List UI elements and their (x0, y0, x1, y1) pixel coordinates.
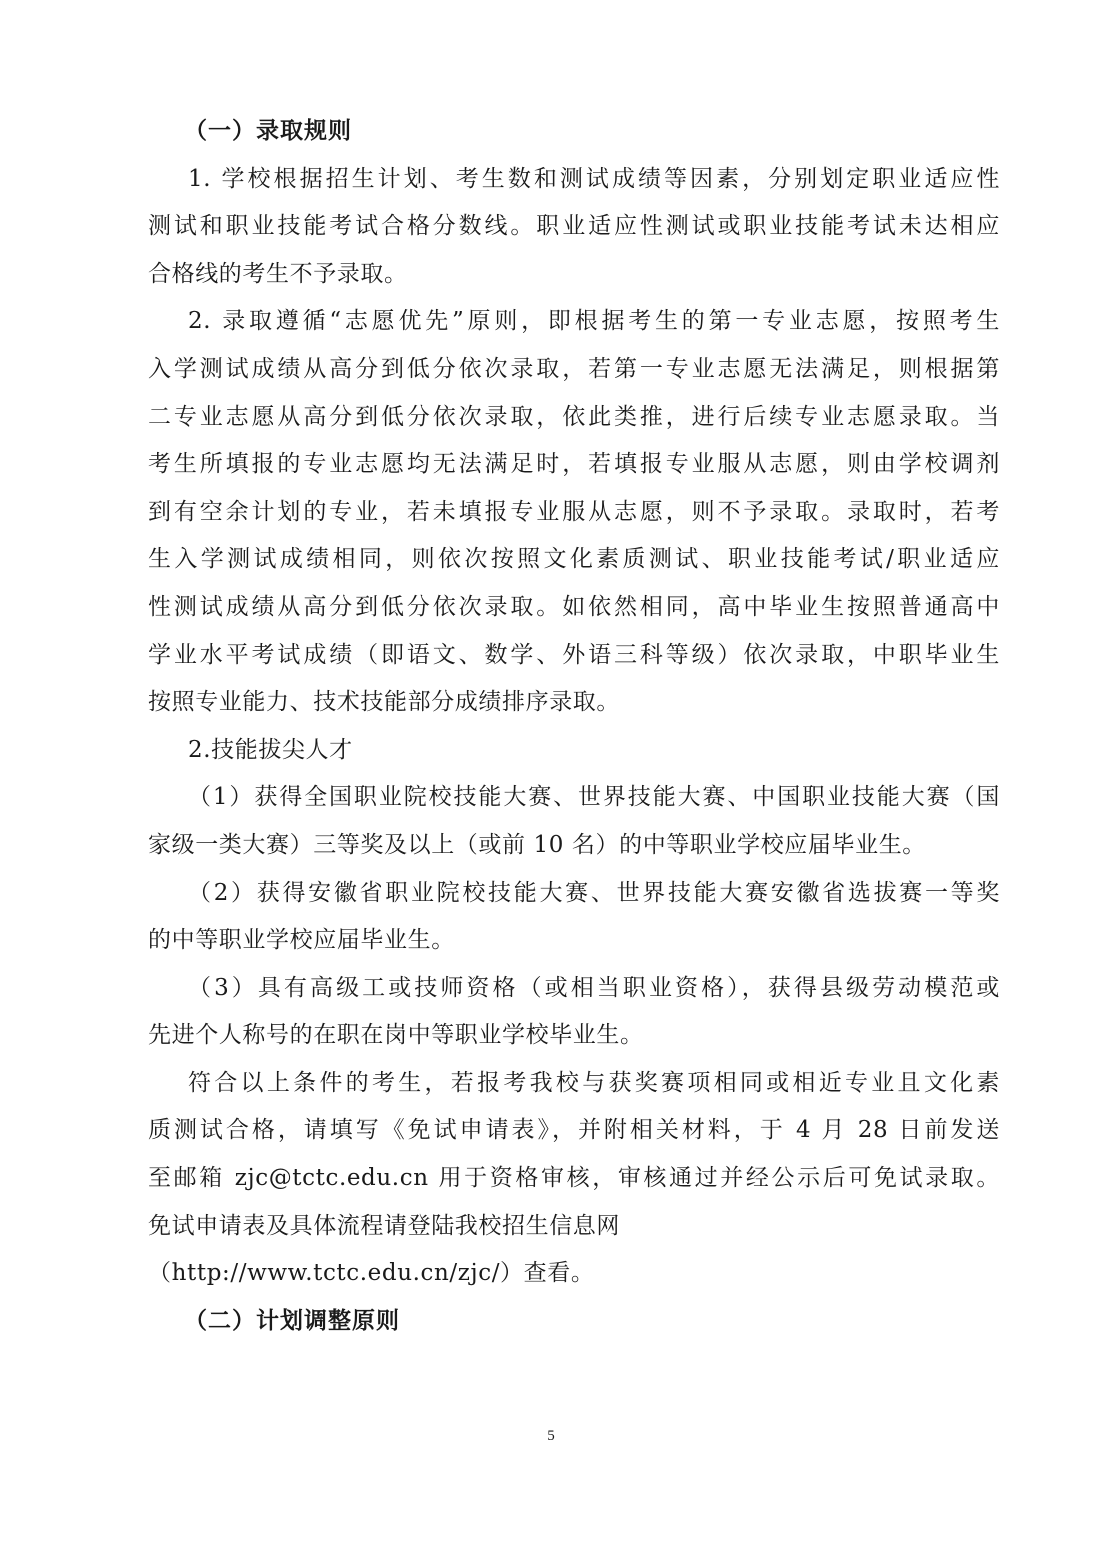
paragraph-preference-priority: 2. 录取遵循“志愿优先”原则，即根据考生的第一专业志愿，按照考生 入学测试成绩… (148, 298, 1000, 726)
paragraph-line: 先进个人称号的在职在岗中等职业学校毕业生。 (148, 1012, 1000, 1060)
list-item-senior-worker: （3）具有高级工或技师资格（或相当职业资格），获得县级劳动模范或 先进个人称号的… (148, 965, 1000, 1060)
paragraph-line: 至邮箱 zjc@tctc.edu.cn 用于资格审核，审核通过并经公示后可免试录… (148, 1155, 1000, 1203)
paragraph-line: 的中等职业学校应届毕业生。 (148, 917, 1000, 965)
paragraph-qualifying-scores: 1. 学校根据招生计划、考生数和测试成绩等因素，分别划定职业适应性 测试和职业技… (148, 156, 1000, 299)
paragraph-line: 二专业志愿从高分到低分依次录取，依此类推，进行后续专业志愿录取。当 (148, 394, 1000, 442)
paragraph-line: （2）获得安徽省职业院校技能大赛、世界技能大赛安徽省选拔赛一等奖 (148, 870, 1000, 918)
paragraph-line: 学业水平考试成绩（即语文、数学、外语三科等级）依次录取，中职毕业生 (148, 632, 1000, 680)
paragraph-line: 符合以上条件的考生，若报考我校与获奖赛项相同或相近专业且文化素 (148, 1060, 1000, 1108)
page-number: 5 (0, 1428, 1102, 1445)
paragraph-line: 考生所填报的专业志愿均无法满足时，若填报专业服从志愿，则由学校调剂 (148, 441, 1000, 489)
paragraph-line: 免试申请表及具体流程请登陆我校招生信息网 (148, 1203, 1000, 1251)
list-item-provincial-competition: （2）获得安徽省职业院校技能大赛、世界技能大赛安徽省选拔赛一等奖 的中等职业学校… (148, 870, 1000, 965)
paragraph-line: 家级一类大赛）三等奖及以上（或前 10 名）的中等职业学校应届毕业生。 (148, 822, 1000, 870)
paragraph-line: 按照专业能力、技术技能部分成绩排序录取。 (148, 679, 1000, 727)
subheading-skilled-talent: 2.技能拔尖人才 (148, 727, 1000, 775)
section-heading-plan-adjustment: （二）计划调整原则 (148, 1298, 1000, 1346)
paragraph-line: 入学测试成绩从高分到低分依次录取，若第一专业志愿无法满足，则根据第 (148, 346, 1000, 394)
list-item-national-competition: （1）获得全国职业院校技能大赛、世界技能大赛、中国职业技能大赛（国 家级一类大赛… (148, 774, 1000, 869)
paragraph-line: 到有空余计划的专业，若未填报专业服从志愿，则不予录取。录取时，若考 (148, 489, 1000, 537)
paragraph-line: 1. 学校根据招生计划、考生数和测试成绩等因素，分别划定职业适应性 (148, 156, 1000, 204)
section-heading-admission-rules: （一）录取规则 (148, 108, 1000, 156)
paragraph-line: 性测试成绩从高分到低分依次录取。如依然相同，高中毕业生按照普通高中 (148, 584, 1000, 632)
paragraph-line: 质测试合格，请填写《免试申请表》，并附相关材料，于 4 月 28 日前发送 (148, 1107, 1000, 1155)
document-page: （一）录取规则 1. 学校根据招生计划、考生数和测试成绩等因素，分别划定职业适应… (148, 108, 1000, 1345)
paragraph-exemption-application: 符合以上条件的考生，若报考我校与获奖赛项相同或相近专业且文化素 质测试合格，请填… (148, 1060, 1000, 1298)
paragraph-line-url: （http://www.tctc.edu.cn/zjc/）查看。 (148, 1250, 1000, 1298)
paragraph-line: 测试和职业技能考试合格分数线。职业适应性测试或职业技能考试未达相应 (148, 203, 1000, 251)
paragraph-line: （1）获得全国职业院校技能大赛、世界技能大赛、中国职业技能大赛（国 (148, 774, 1000, 822)
paragraph-line: 生入学测试成绩相同，则依次按照文化素质测试、职业技能考试/职业适应 (148, 536, 1000, 584)
paragraph-line: 合格线的考生不予录取。 (148, 251, 1000, 299)
paragraph-line: 2. 录取遵循“志愿优先”原则，即根据考生的第一专业志愿，按照考生 (148, 298, 1000, 346)
paragraph-line: （3）具有高级工或技师资格（或相当职业资格），获得县级劳动模范或 (148, 965, 1000, 1013)
